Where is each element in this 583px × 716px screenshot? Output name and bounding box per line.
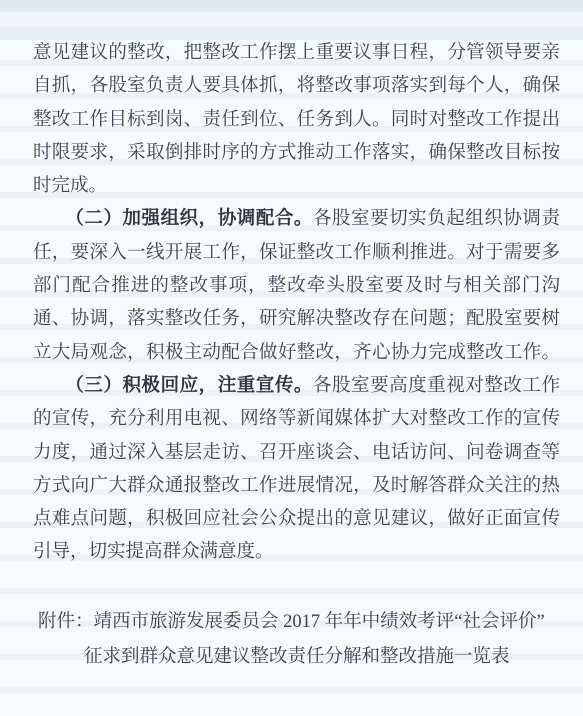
text-line: 部门配合推进的整改事项，整改牵头股室要及时与相关部门沟	[33, 270, 560, 303]
body-text: 整改工作目标到岗、责任到位、任务到人。同时对整改工作提出	[33, 110, 560, 130]
scanned-document-page: 意见建议的整改，把整改工作摆上重要议事日程，分管领导要亲自抓，各股室负责人要具体…	[0, 0, 583, 716]
body-text: 立大局观念，积极主动配合做好整改，齐心协力完成整改工作。	[33, 343, 560, 363]
text-line: 时限要求，采取倒排时序的方式推动工作落实，确保整改目标按	[33, 137, 560, 170]
text-line: （三）积极回应，注重宣传。各股室要高度重视对整改工作	[33, 370, 560, 403]
bold-heading-text: （三）积极回应，注重宣传。	[65, 376, 313, 396]
attachment-line-1: 附件：靖西市旅游发展委员会 2017 年年中绩效考评“社会评价”	[38, 605, 572, 640]
body-text: 的宣传，充分利用电视、网络等新闻媒体扩大对整改工作的宣传	[33, 409, 560, 429]
text-line: 意见建议的整改，把整改工作摆上重要议事日程，分管领导要亲	[33, 37, 560, 70]
body-text: 自抓，各股室负责人要具体抓，将整改事项落实到每个人，确保	[33, 76, 560, 96]
scan-artifact-band	[0, 0, 583, 12]
body-text: 意见建议的整改，把整改工作摆上重要议事日程，分管领导要亲	[33, 43, 560, 63]
body-text: 方式向广大群众通报整改工作进展情况，及时解答群众关注的热	[33, 476, 560, 496]
body-text: 力度，通过深入基层走访、召开座谈会、电话访问、问卷调查等	[33, 443, 560, 463]
text-line: 通、协调，落实整改任务，研究解决整改存在问题；配股室要树	[33, 303, 560, 336]
body-text: 通、协调，落实整改任务，研究解决整改存在问题；配股室要树	[33, 309, 560, 329]
text-line: 任，要深入一线开展工作，保证整改工作顺利推进。对于需要多	[33, 237, 560, 270]
body-text: 任，要深入一线开展工作，保证整改工作顺利推进。对于需要多	[33, 243, 560, 263]
text-line: 引导，切实提高群众满意度。	[33, 536, 560, 569]
text-line: （二）加强组织，协调配合。各股室要切实负起组织协调责	[33, 203, 560, 236]
body-text: 各股室要切实负起组织协调责	[313, 209, 560, 229]
text-line: 立大局观念，积极主动配合做好整改，齐心协力完成整改工作。	[33, 337, 560, 370]
text-line: 时完成。	[33, 170, 560, 203]
text-line: 的宣传，充分利用电视、网络等新闻媒体扩大对整改工作的宣传	[33, 403, 560, 436]
text-line: 整改工作目标到岗、责任到位、任务到人。同时对整改工作提出	[33, 104, 560, 137]
document-body: 意见建议的整改，把整改工作摆上重要议事日程，分管领导要亲自抓，各股室负责人要具体…	[33, 37, 560, 570]
body-text: 引导，切实提高群众满意度。	[33, 542, 274, 562]
body-text: 部门配合推进的整改事项，整改牵头股室要及时与相关部门沟	[33, 276, 560, 296]
text-line: 自抓，各股室负责人要具体抓，将整改事项落实到每个人，确保	[33, 70, 560, 103]
text-line: 力度，通过深入基层走访、召开座谈会、电话访问、问卷调查等	[33, 437, 560, 470]
body-text: 时完成。	[33, 176, 107, 196]
scan-artifact-band	[0, 12, 583, 27]
attachment-note: 附件：靖西市旅游发展委员会 2017 年年中绩效考评“社会评价” 征求到群众意见…	[38, 605, 572, 675]
attachment-line-2: 征求到群众意见建议整改责任分解和整改措施一览表	[38, 640, 572, 675]
text-line: 方式向广大群众通报整改工作进展情况，及时解答群众关注的热	[33, 470, 560, 503]
bold-heading-text: （二）加强组织，协调配合。	[65, 209, 313, 229]
body-text: 时限要求，采取倒排时序的方式推动工作落实，确保整改目标按	[33, 143, 560, 163]
text-line: 点难点问题，积极回应社会公众提出的意见建议，做好正面宣传	[33, 503, 560, 536]
body-text: 各股室要高度重视对整改工作	[313, 376, 560, 396]
body-text: 点难点问题，积极回应社会公众提出的意见建议，做好正面宣传	[33, 509, 560, 529]
